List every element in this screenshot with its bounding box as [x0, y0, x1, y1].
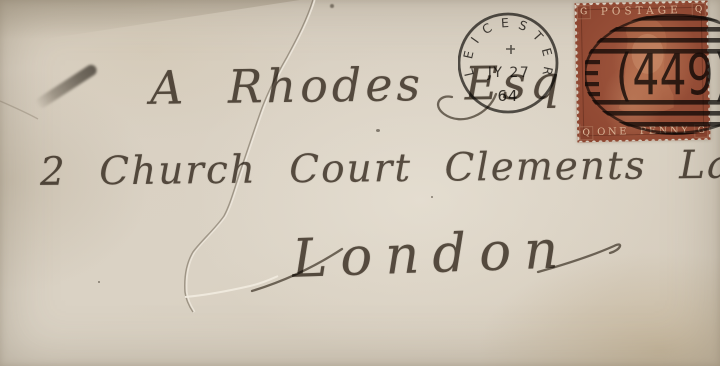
address-line-2: 2 Church Court Clements Lane	[40, 142, 720, 195]
postmark-index-mark	[506, 45, 515, 54]
ink-speck	[98, 281, 100, 283]
ink-speck	[376, 129, 380, 132]
ink-speck	[330, 4, 334, 8]
address-line-3: London	[291, 219, 572, 290]
envelope-photo: POSTAGE ONE PENNY G Q Q G LEICESTER JY 2…	[0, 0, 720, 366]
cancel-numeral-text: (449)	[616, 42, 720, 107]
address-line-1: A Rhodes Esq	[150, 55, 564, 115]
crease-highlight-bottom	[185, 276, 278, 297]
duplex-cancel-449: (449)	[585, 12, 720, 140]
ink-smudge	[34, 63, 99, 110]
envelope-flap-shadow	[0, 0, 300, 46]
crease-left-edge	[0, 101, 38, 119]
ink-speck	[431, 196, 433, 198]
